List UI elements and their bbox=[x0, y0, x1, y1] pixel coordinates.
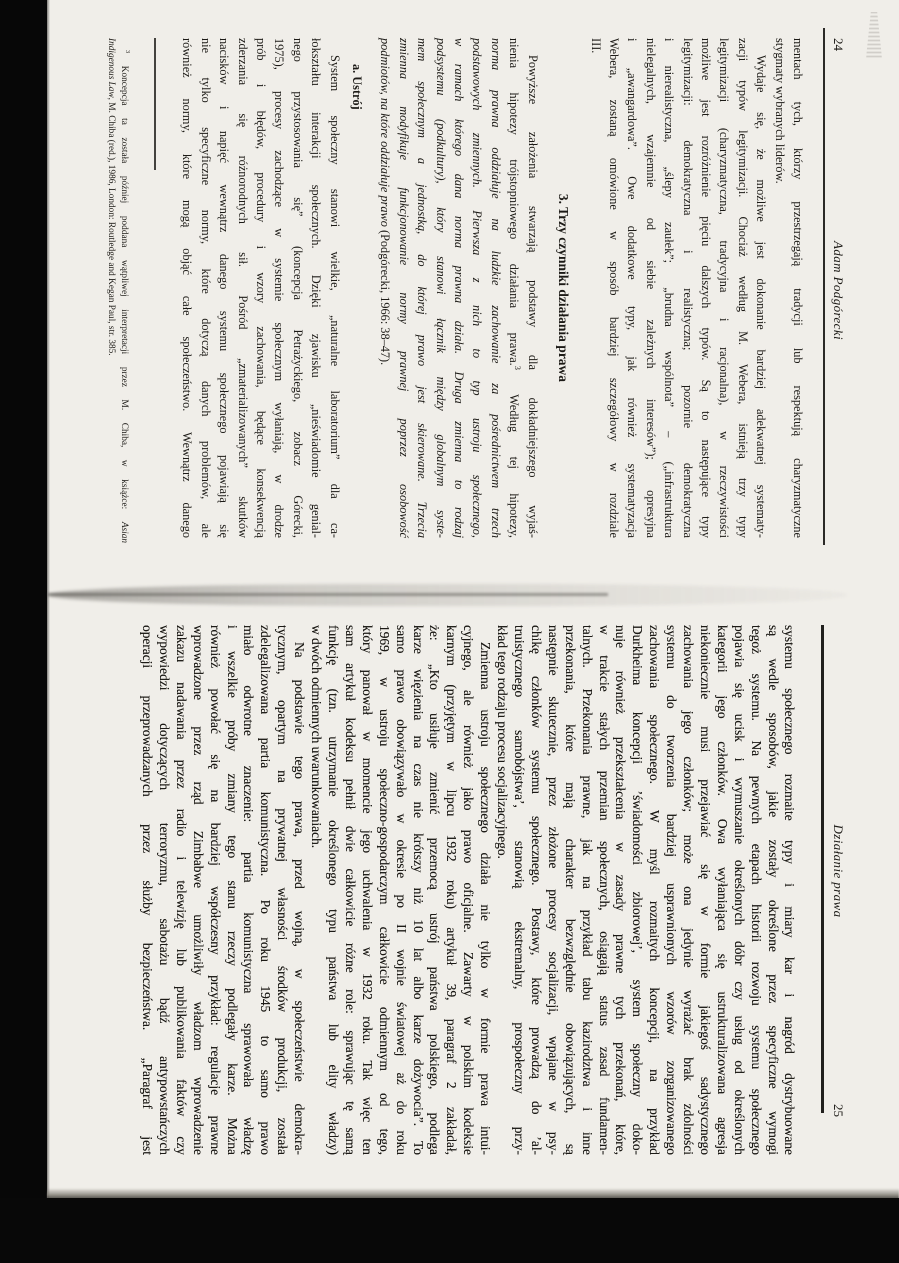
text-line: tycznym, opartym na prywatnej własności … bbox=[273, 625, 290, 1155]
text-line: wypowiedzi dotyczących terroryzmu, sabot… bbox=[155, 625, 172, 1155]
text-line: System społeczny stanowi wielkie, „natur… bbox=[325, 38, 343, 538]
text-line: że: „Kto usiłuje zmienić przemocą ustrój… bbox=[426, 625, 443, 1155]
text-line: legitymizacji (charyzmatyczna, tradycyjn… bbox=[715, 38, 733, 538]
text-line: zdelegalizowana partia komunistyczna. Po… bbox=[257, 625, 274, 1155]
text-line: mem społecznym a jednostką, do której pr… bbox=[413, 38, 431, 538]
text-line: i wszelkie próby zmiany tego stanu rzecz… bbox=[223, 625, 240, 1155]
text-line: zachowania społecznego. W myśl rozmaityc… bbox=[645, 625, 662, 1155]
text-line: Na podstawie tego prawa, przed wojną, w … bbox=[290, 625, 307, 1155]
text-line: zmienna modyfikuje funkcjonowanie normy … bbox=[394, 38, 412, 538]
text-line: nielegalnych, wzajemnie od siebie zależn… bbox=[641, 38, 659, 538]
header-rule-25 bbox=[822, 625, 825, 1113]
running-head-24: Adam Podgórecki bbox=[830, 80, 846, 501]
text-line: Webera, zostaną omówione w sposób bardzi… bbox=[605, 38, 623, 538]
footnote-rule-24 bbox=[155, 38, 157, 170]
text-line: miało odwrotne znaczenie: partia komunis… bbox=[240, 625, 257, 1155]
text-line: 1975), procesy zachodzące w systemie spo… bbox=[270, 38, 288, 538]
text-line: i „awangardowa”. Owe dodatkowe typy, jak… bbox=[623, 38, 641, 538]
text-line: sam artykuł kodeksu pełnił dwie całkowic… bbox=[341, 625, 358, 1155]
text-line: 3 Koncepcja ta została później poddana w… bbox=[118, 38, 131, 543]
text-line: nienia hipotezy trójstopniowego działani… bbox=[505, 38, 523, 538]
text-line: Powyższe założenia stwarzają podstawy dl… bbox=[523, 38, 541, 538]
page-24-footnote: 3 Koncepcja ta została później poddana w… bbox=[105, 38, 131, 543]
text-line: chikę członków systemu społecznego. Post… bbox=[527, 625, 544, 1155]
running-head-25: Działanie prawa bbox=[830, 667, 846, 1075]
text-line: mentach tych, którzy przestrzegają trady… bbox=[789, 38, 807, 538]
text-line: norma prawna oddziałuje na ludzkie zacho… bbox=[487, 38, 505, 538]
text-line: funkcję (tzn. utrzymanie określonego typ… bbox=[324, 625, 341, 1155]
text-line: legitymizacji: demokratyczna i realistyc… bbox=[678, 38, 696, 538]
scan-noise-specks bbox=[866, 12, 882, 58]
text-line: karnym (przyjętym w lipcu 1932 roku) art… bbox=[442, 625, 459, 1155]
text-line: niekoniecznie musi przejawiać się w form… bbox=[696, 625, 713, 1155]
text-line: podsystemu (podkultury), który stanowi ł… bbox=[431, 38, 449, 538]
text-line: kategorii jego członków. Owa wyłaniająca… bbox=[713, 625, 730, 1155]
text-line: Indigenous Law, M. Chiba (red.), 1986, L… bbox=[105, 38, 118, 543]
text-line: wprowadzone przez rząd Zimbabwe umożliwi… bbox=[189, 625, 206, 1155]
header-rule-24 bbox=[823, 28, 825, 545]
scan-border-left bbox=[0, 0, 47, 1263]
text-line: prób i błędów, procedury i wzory zachowa… bbox=[252, 38, 270, 538]
text-line: Zmienna ustroju społecznego działa nie t… bbox=[476, 625, 493, 1155]
text-line: 1969, w ustroju społeczno-gospodarczym c… bbox=[375, 625, 392, 1155]
text-line: tegoż systemu. Na pewnych etapach histor… bbox=[747, 625, 764, 1155]
text-line: zakazu nadawania przez radio i telewizję… bbox=[172, 625, 189, 1155]
text-line: samo prawo obowiązywało w okresie po II … bbox=[392, 625, 409, 1155]
page-25: Działanie prawa 25 systemu społecznego r… bbox=[130, 598, 850, 1198]
text-line: łokształtu interakcji społecznych. Dzięk… bbox=[307, 38, 325, 538]
scan-border-left-edge bbox=[47, 0, 50, 1263]
heading-h3: 3. Trzy czynniki działania prawa bbox=[554, 38, 572, 538]
text-line: w trakcie stałych przemian społecznych, … bbox=[595, 625, 612, 1155]
text-line: podstawowych zmiennych. Pierwsza z nich … bbox=[468, 38, 486, 538]
text-line: systemu społecznego rozmaite typy i miar… bbox=[781, 625, 798, 1155]
text-line: następnie skutecznie, przez złożone proc… bbox=[544, 625, 561, 1155]
text-line: kład tego rodzaju procesu socjalizacyjne… bbox=[493, 625, 510, 1155]
text-line: Wydaje się, że możliwe jest dokonanie ba… bbox=[752, 38, 770, 538]
text-line: talnych. Przekonania prawne, jak na przy… bbox=[578, 625, 595, 1155]
page-24-header: 24 Adam Podgórecki bbox=[826, 38, 846, 543]
scan-border-bottom bbox=[0, 1198, 899, 1263]
page-25-text: systemu społecznego rozmaite typy i miar… bbox=[138, 625, 797, 1155]
text-line: są wedle sposobów, jakie zostały określo… bbox=[764, 625, 781, 1155]
heading-h4: a. Ustrój bbox=[348, 38, 366, 538]
text-line: który panował w momencie jego uchwalenia… bbox=[358, 625, 375, 1155]
text-line: nuje również przekształcenia w zasady pr… bbox=[612, 625, 629, 1155]
page-25-header: Działanie prawa 25 bbox=[826, 625, 846, 1117]
page-number-24: 24 bbox=[830, 38, 846, 80]
text-line: nie tylko specyficzne normy, które dotyc… bbox=[196, 38, 214, 538]
page-24: 24 Adam Podgórecki mentach tych, którzy … bbox=[58, 10, 850, 560]
text-line: cyjnego, ale również jako prawo oficjaln… bbox=[459, 625, 476, 1155]
page-number-25: 25 bbox=[830, 1075, 846, 1117]
page-gutter-shadow-line bbox=[48, 593, 608, 596]
text-line: również normy, które mogą objąć całe spo… bbox=[178, 38, 196, 538]
text-line: nacisków i napięć wewnątrz danego system… bbox=[215, 38, 233, 538]
page-24-rotated-content: 24 Adam Podgórecki mentach tych, którzy … bbox=[58, 10, 850, 560]
text-line: możliwe jest rozróżnienie pięciu dalszyc… bbox=[697, 38, 715, 538]
text-line: również powołać się na bardziej współcze… bbox=[206, 625, 223, 1155]
text-line: truistycznego samobójstwa’, stanowią eks… bbox=[510, 625, 527, 1155]
text-line: zachowania jego członków; może ona jedyn… bbox=[679, 625, 696, 1155]
page-25-rotated-content: Działanie prawa 25 systemu społecznego r… bbox=[130, 598, 850, 1198]
text-line: stygmaty wybranych liderów. bbox=[770, 38, 788, 538]
page-24-text: mentach tych, którzy przestrzegają trady… bbox=[178, 38, 807, 538]
text-line: podmiotów, na które oddziałuje prawo (Po… bbox=[376, 38, 394, 538]
text-line: operacji przeprowadzanych przez służby b… bbox=[138, 625, 155, 1155]
text-line: nego przystosowania się” (koncepcja Petr… bbox=[288, 38, 306, 538]
text-line: zderzania się różnorodnych sił. Pośród „… bbox=[233, 38, 251, 538]
text-line: w ramach którego dana norma prawna dział… bbox=[450, 38, 468, 538]
book-scan: 24 Adam Podgórecki mentach tych, którzy … bbox=[0, 0, 899, 1263]
text-line: karze więzienia na czas nie krótszy niż … bbox=[409, 625, 426, 1155]
text-line: i nierealistyczna, „ślepy zaułek”; „brud… bbox=[660, 38, 678, 538]
text-line: zacji typów legitymizacji. Chociaż wedłu… bbox=[733, 38, 751, 538]
text-line: III. bbox=[586, 38, 604, 538]
text-line: systemu do tworzenia bardziej usprawnion… bbox=[662, 625, 679, 1155]
text-line: przekonania, które mają charakter bezwzg… bbox=[561, 625, 578, 1155]
text-line: w dwóch odmiennych uwarunkowaniach. bbox=[307, 625, 324, 1155]
text-line: Durkheima koncepcji ’świadomości zbiorow… bbox=[628, 625, 645, 1155]
text-line: pojawia się ucisk i wymuszanie określony… bbox=[730, 625, 747, 1155]
